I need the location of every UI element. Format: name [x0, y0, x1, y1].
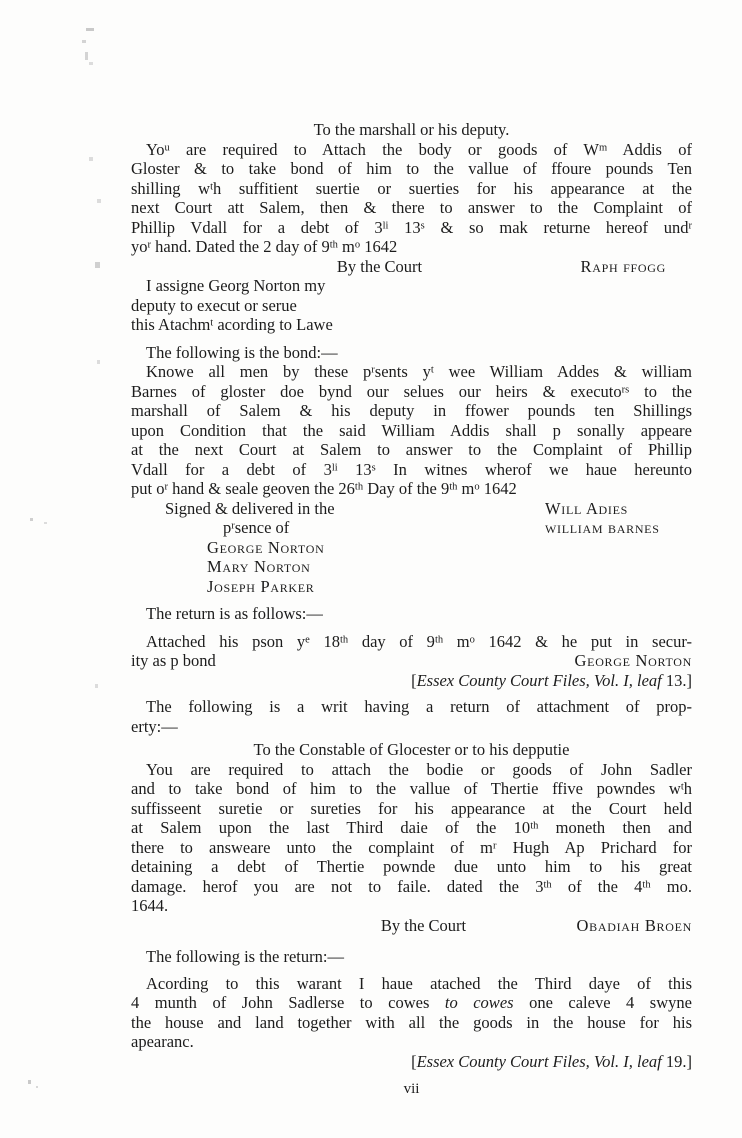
text-segment: next Court att Salem, then & there to an… — [131, 198, 692, 217]
text-line: at Salem upon the last Third daie of the… — [131, 818, 692, 838]
superscript: th — [340, 634, 348, 645]
text-line: marshall of Salem & his deputy in ffower… — [131, 401, 692, 421]
text-line: suffisseent suretie or sureties for his … — [131, 799, 692, 819]
constable-salutation: To the Constable of Glocester or to his … — [131, 740, 692, 760]
text-segment: to cowes — [445, 993, 514, 1012]
signature-will-adies: Will Adies — [545, 499, 628, 519]
text-line: The following is a writ having a return … — [131, 697, 692, 717]
citation-leaf-number: 13.] — [666, 671, 692, 690]
text-segment: 1642 & he put in secur- — [475, 632, 692, 651]
superscript: th — [642, 879, 650, 890]
witness-george-norton: George Norton — [131, 538, 692, 558]
text-line: the house and land together with all the… — [131, 1013, 692, 1033]
text-segment: sence of — [235, 518, 290, 537]
text-segment: p — [223, 518, 231, 537]
print-speck — [97, 360, 100, 364]
citation-work-title: Essex County Court Files, Vol. I, leaf — [417, 1052, 666, 1071]
text-segment: deputy to execut or serue — [131, 296, 297, 315]
return-attachment-paragraph: Attached his pson ye 18th day of 9th mo … — [131, 632, 692, 671]
text-segment: hand. Dated the 2 day of 9 — [151, 237, 330, 256]
text-segment: Attached his pson y — [146, 632, 305, 651]
return-sadler-paragraph: Acording to this warant I haue atached t… — [131, 974, 692, 1052]
superscript: th — [330, 240, 338, 251]
text-line: ity as p bondGeorge Norton — [131, 651, 692, 671]
superscript: r — [689, 220, 693, 231]
text-line: at the next Court at Salem to answer to … — [131, 440, 692, 460]
text-segment: put o — [131, 479, 164, 498]
text-line: 4 munth of John Sadlerse to cowes to cow… — [131, 993, 692, 1013]
text-line: 1644. — [131, 896, 692, 916]
witness-row: prsence of william barnes — [131, 518, 692, 538]
text-line: shilling wth suffitient suertie or suert… — [131, 179, 692, 199]
text-segment: h suffitient suertie or suerties for his… — [213, 179, 692, 198]
writ-addis-paragraph: You are required to Attach the body or g… — [131, 140, 692, 257]
print-speck — [95, 262, 100, 268]
text-line: Attached his pson ye 18th day of 9th mo … — [131, 632, 692, 652]
page-number: vii — [131, 1080, 692, 1100]
text-line: Gloster & to take bond of him to the val… — [131, 159, 692, 179]
signed-delivered-label: Signed & delivered in the — [131, 499, 335, 518]
text-segment: moneth then and — [538, 818, 692, 837]
text-line: Vdall for a debt of 3li 13s In witnes wh… — [131, 460, 692, 480]
text-segment: Gloster & to take bond of him to the val… — [131, 159, 692, 178]
source-citation-leaf-19: [Essex County Court Files, Vol. I, leaf … — [131, 1052, 692, 1072]
text-line: and to take bond of him to the vallue of… — [131, 779, 692, 799]
text-segment: Signed & delivered in the — [165, 499, 335, 518]
text-segment: shilling w — [131, 179, 210, 198]
text-segment: In witnes wherof we haue hereunto — [376, 460, 692, 479]
text-segment: there to answeare unto the complaint of … — [131, 838, 493, 857]
text-segment: this Atachm — [131, 315, 210, 334]
text-line: You are required to Attach the body or g… — [131, 140, 692, 160]
print-speck — [89, 62, 93, 65]
text-line: Barnes of gloster doe bynd our selues ou… — [131, 382, 692, 402]
text-segment: You are required to attach the bodie or … — [146, 760, 692, 779]
text-segment: sents y — [375, 362, 431, 381]
text-segment: of the 4 — [552, 877, 643, 896]
text-line: detaining a debt of Thertie pownde due u… — [131, 857, 692, 877]
text-segment: m — [443, 632, 469, 651]
print-speck — [82, 40, 86, 43]
superscript: th — [543, 879, 551, 890]
signature-name: George Norton — [575, 651, 692, 671]
text-segment: Yo — [146, 140, 165, 159]
text-segment: h — [684, 779, 692, 798]
text-segment: The following is a writ having a return … — [146, 697, 692, 716]
text-segment: 4 munth of John Sadlerse to cowes — [131, 993, 445, 1012]
citation-work-title: Essex County Court Files, Vol. I, leaf — [417, 671, 666, 690]
text-segment: detaining a debt of Thertie pownde due u… — [131, 857, 692, 876]
text-segment: Knowe all men by these p — [146, 362, 371, 381]
superscript: th — [355, 482, 363, 493]
property-writ-intro-paragraph: The following is a writ having a return … — [131, 697, 692, 736]
text-segment: Vdall for a debt of 3 — [131, 460, 332, 479]
text-segment: & so mak returne hereof und — [425, 218, 689, 237]
text-segment: 1642 — [360, 237, 397, 256]
text-segment: Day of the 9 — [363, 479, 449, 498]
text-line: You are required to attach the bodie or … — [131, 760, 692, 780]
text-segment: Hugh Ap Prichard for — [497, 838, 693, 857]
citation-leaf-number: 19.] — [666, 1052, 692, 1071]
text-segment: 13 — [338, 460, 372, 479]
text-segment: mo. — [651, 877, 692, 896]
text-segment: one caleve 4 swyne — [514, 993, 692, 1012]
print-speck — [89, 157, 93, 161]
assignment-note: I assigne Georg Norton mydeputy to execu… — [131, 276, 692, 335]
source-citation-leaf-13: [Essex County Court Files, Vol. I, leaf … — [131, 671, 692, 691]
return2-intro-line: The following is the return:— — [131, 947, 692, 967]
text-segment: 1644. — [131, 896, 168, 915]
print-speck — [97, 199, 101, 203]
text-line: yor hand. Dated the 2 day of 9th mo 1642 — [131, 237, 692, 257]
text-segment: ity as p bond — [131, 651, 216, 670]
text-segment: Barnes of gloster doe bynd our selues ou… — [131, 382, 622, 401]
text-segment: marshall of Salem & his deputy in ffower… — [131, 401, 692, 420]
text-segment: erty:— — [131, 717, 178, 736]
text-segment: apearanc. — [131, 1032, 194, 1051]
by-the-court-label: By the Court — [381, 916, 466, 935]
bond-intro-line: The following is the bond:— — [131, 343, 692, 363]
text-segment: acording to Lawe — [213, 315, 333, 334]
text-line: erty:— — [131, 717, 692, 737]
text-segment: 18 — [310, 632, 340, 651]
text-segment: I assigne Georg Norton my — [146, 276, 325, 295]
text-line: upon Condition that the said William Add… — [131, 421, 692, 441]
text-segment: m — [457, 479, 474, 498]
court-signature-row-1: By the Court Raph ffogg — [131, 257, 692, 277]
text-line: next Court att Salem, then & there to an… — [131, 198, 692, 218]
text-line: I assigne Georg Norton my — [131, 276, 692, 296]
book-page: To the marshall or his deputy. You are r… — [0, 0, 742, 1138]
text-segment: suffisseent suretie or sureties for his … — [131, 799, 692, 818]
by-the-court-label: By the Court — [337, 257, 422, 276]
text-segment: wee William Addes & william — [434, 362, 692, 381]
text-line: this Atachmt acording to Lawe — [131, 315, 692, 335]
bond-paragraph: Knowe all men by these prsents yt wee Wi… — [131, 362, 692, 499]
text-segment: 13 — [388, 218, 420, 237]
text-segment: the house and land together with all the… — [131, 1013, 692, 1032]
text-segment: upon Condition that the said William Add… — [131, 421, 692, 440]
text-segment: m — [338, 237, 355, 256]
marshall-salutation: To the marshall or his deputy. — [131, 120, 692, 140]
text-line: there to answeare unto the complaint of … — [131, 838, 692, 858]
signature-raph-ffogg: Raph ffogg — [581, 257, 666, 277]
print-speck — [30, 518, 33, 521]
text-segment: Acording to this warant I haue atached t… — [146, 974, 692, 993]
presence-of-label: prsence of — [131, 518, 289, 537]
text-segment: to the — [629, 382, 692, 401]
text-segment: 1642 — [480, 479, 517, 498]
text-line: Acording to this warant I haue atached t… — [131, 974, 692, 994]
text-segment: at the next Court at Salem to answer to … — [131, 440, 692, 459]
return-intro-line: The return is as follows:— — [131, 604, 692, 624]
text-segment: Phillip Vdall for a debt of 3 — [131, 218, 383, 237]
print-speck — [28, 1080, 31, 1084]
print-speck — [44, 522, 47, 524]
print-speck — [86, 28, 94, 31]
text-line: Phillip Vdall for a debt of 3li 13s & so… — [131, 218, 692, 238]
writ-sadler-paragraph: You are required to attach the bodie or … — [131, 760, 692, 916]
text-segment: are required to Attach the body or goods… — [170, 140, 599, 159]
print-speck — [36, 1086, 38, 1088]
text-column: To the marshall or his deputy. You are r… — [131, 120, 692, 1100]
witness-row: Signed & delivered in the Will Adies — [131, 499, 692, 519]
text-segment: and to take bond of him to the vallue of… — [131, 779, 681, 798]
witness-mary-norton: Mary Norton — [131, 557, 692, 577]
print-speck — [95, 684, 98, 688]
text-segment: yo — [131, 237, 148, 256]
text-line: put or hand & seale geoven the 26th Day … — [131, 479, 692, 499]
text-segment: at Salem upon the last Third daie of the… — [131, 818, 530, 837]
text-line: Knowe all men by these prsents yt wee Wi… — [131, 362, 692, 382]
signature-obadiah-broen: Obadiah Broen — [577, 916, 692, 936]
witness-joseph-parker: Joseph Parker — [131, 577, 692, 597]
text-segment: day of 9 — [348, 632, 435, 651]
text-line: apearanc. — [131, 1032, 692, 1052]
witness-block: Signed & delivered in the Will Adies prs… — [131, 499, 692, 597]
superscript: m — [599, 142, 607, 153]
text-segment: hand & seale geoven the 26 — [168, 479, 355, 498]
text-segment: Addis of — [607, 140, 692, 159]
text-segment: damage. herof you are not to faile. date… — [131, 877, 543, 896]
signature-william-barnes: william barnes — [545, 518, 660, 538]
superscript: th — [435, 634, 443, 645]
text-line: deputy to execut or serue — [131, 296, 692, 316]
print-speck — [85, 52, 88, 60]
text-line: damage. herof you are not to faile. date… — [131, 877, 692, 897]
court-signature-row-2: By the Court Obadiah Broen — [131, 916, 692, 936]
